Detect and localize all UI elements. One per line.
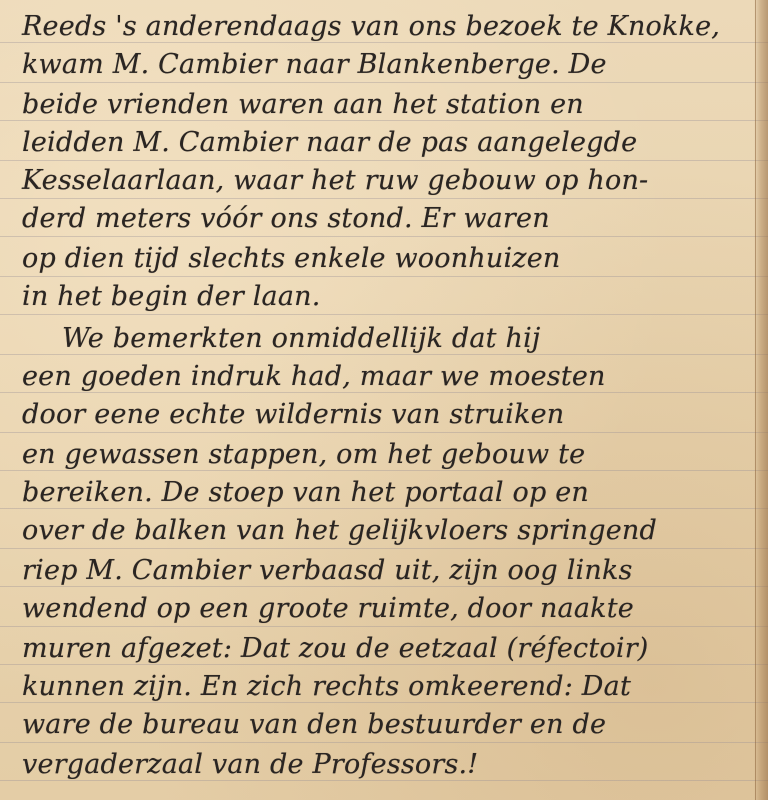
text-line: een goeden indruk had, maar we moesten <box>22 358 606 396</box>
text-line: op dien tijd slechts enkele woonhuizen <box>22 240 561 278</box>
text-line: bereiken. De stoep van het portaal op en <box>22 474 589 512</box>
text-line: wendend op een groote ruimte, door naakt… <box>22 590 634 628</box>
text-line: in het begin der laan. <box>22 278 321 316</box>
text-line: kwam M. Cambier naar Blankenberge. De <box>22 46 607 84</box>
text-line: beide vrienden waren aan het station en <box>22 86 584 124</box>
text-line: riep M. Cambier verbaasd uit, zijn oog l… <box>22 552 633 590</box>
text-line: vergaderzaal van de Professors.! <box>22 746 478 784</box>
text-line: Kesselaarlaan, waar het ruw gebouw op ho… <box>22 162 648 200</box>
text-line: en gewassen stappen, om het gebouw te <box>22 436 585 474</box>
text-line: kunnen zijn. En zich rechts omkeerend: D… <box>22 668 631 706</box>
text-line: leidden M. Cambier naar de pas aangelegd… <box>22 124 637 162</box>
text-line: muren afgezet: Dat zou de eetzaal (réfec… <box>22 630 649 668</box>
notebook-page: Reeds 's anderendaags van ons bezoek te … <box>0 0 768 800</box>
text-line: We bemerkten onmiddellijk dat hij <box>62 320 540 358</box>
handwritten-text: Reeds 's anderendaags van ons bezoek te … <box>0 0 768 800</box>
text-line: ware de bureau van den bestuurder en de <box>22 706 606 744</box>
text-line: over de balken van het gelijkvloers spri… <box>22 512 657 550</box>
text-line: derd meters vóór ons stond. Er waren <box>22 200 550 238</box>
text-line: door eene echte wildernis van struiken <box>22 396 564 434</box>
text-line: Reeds 's anderendaags van ons bezoek te … <box>22 8 720 46</box>
